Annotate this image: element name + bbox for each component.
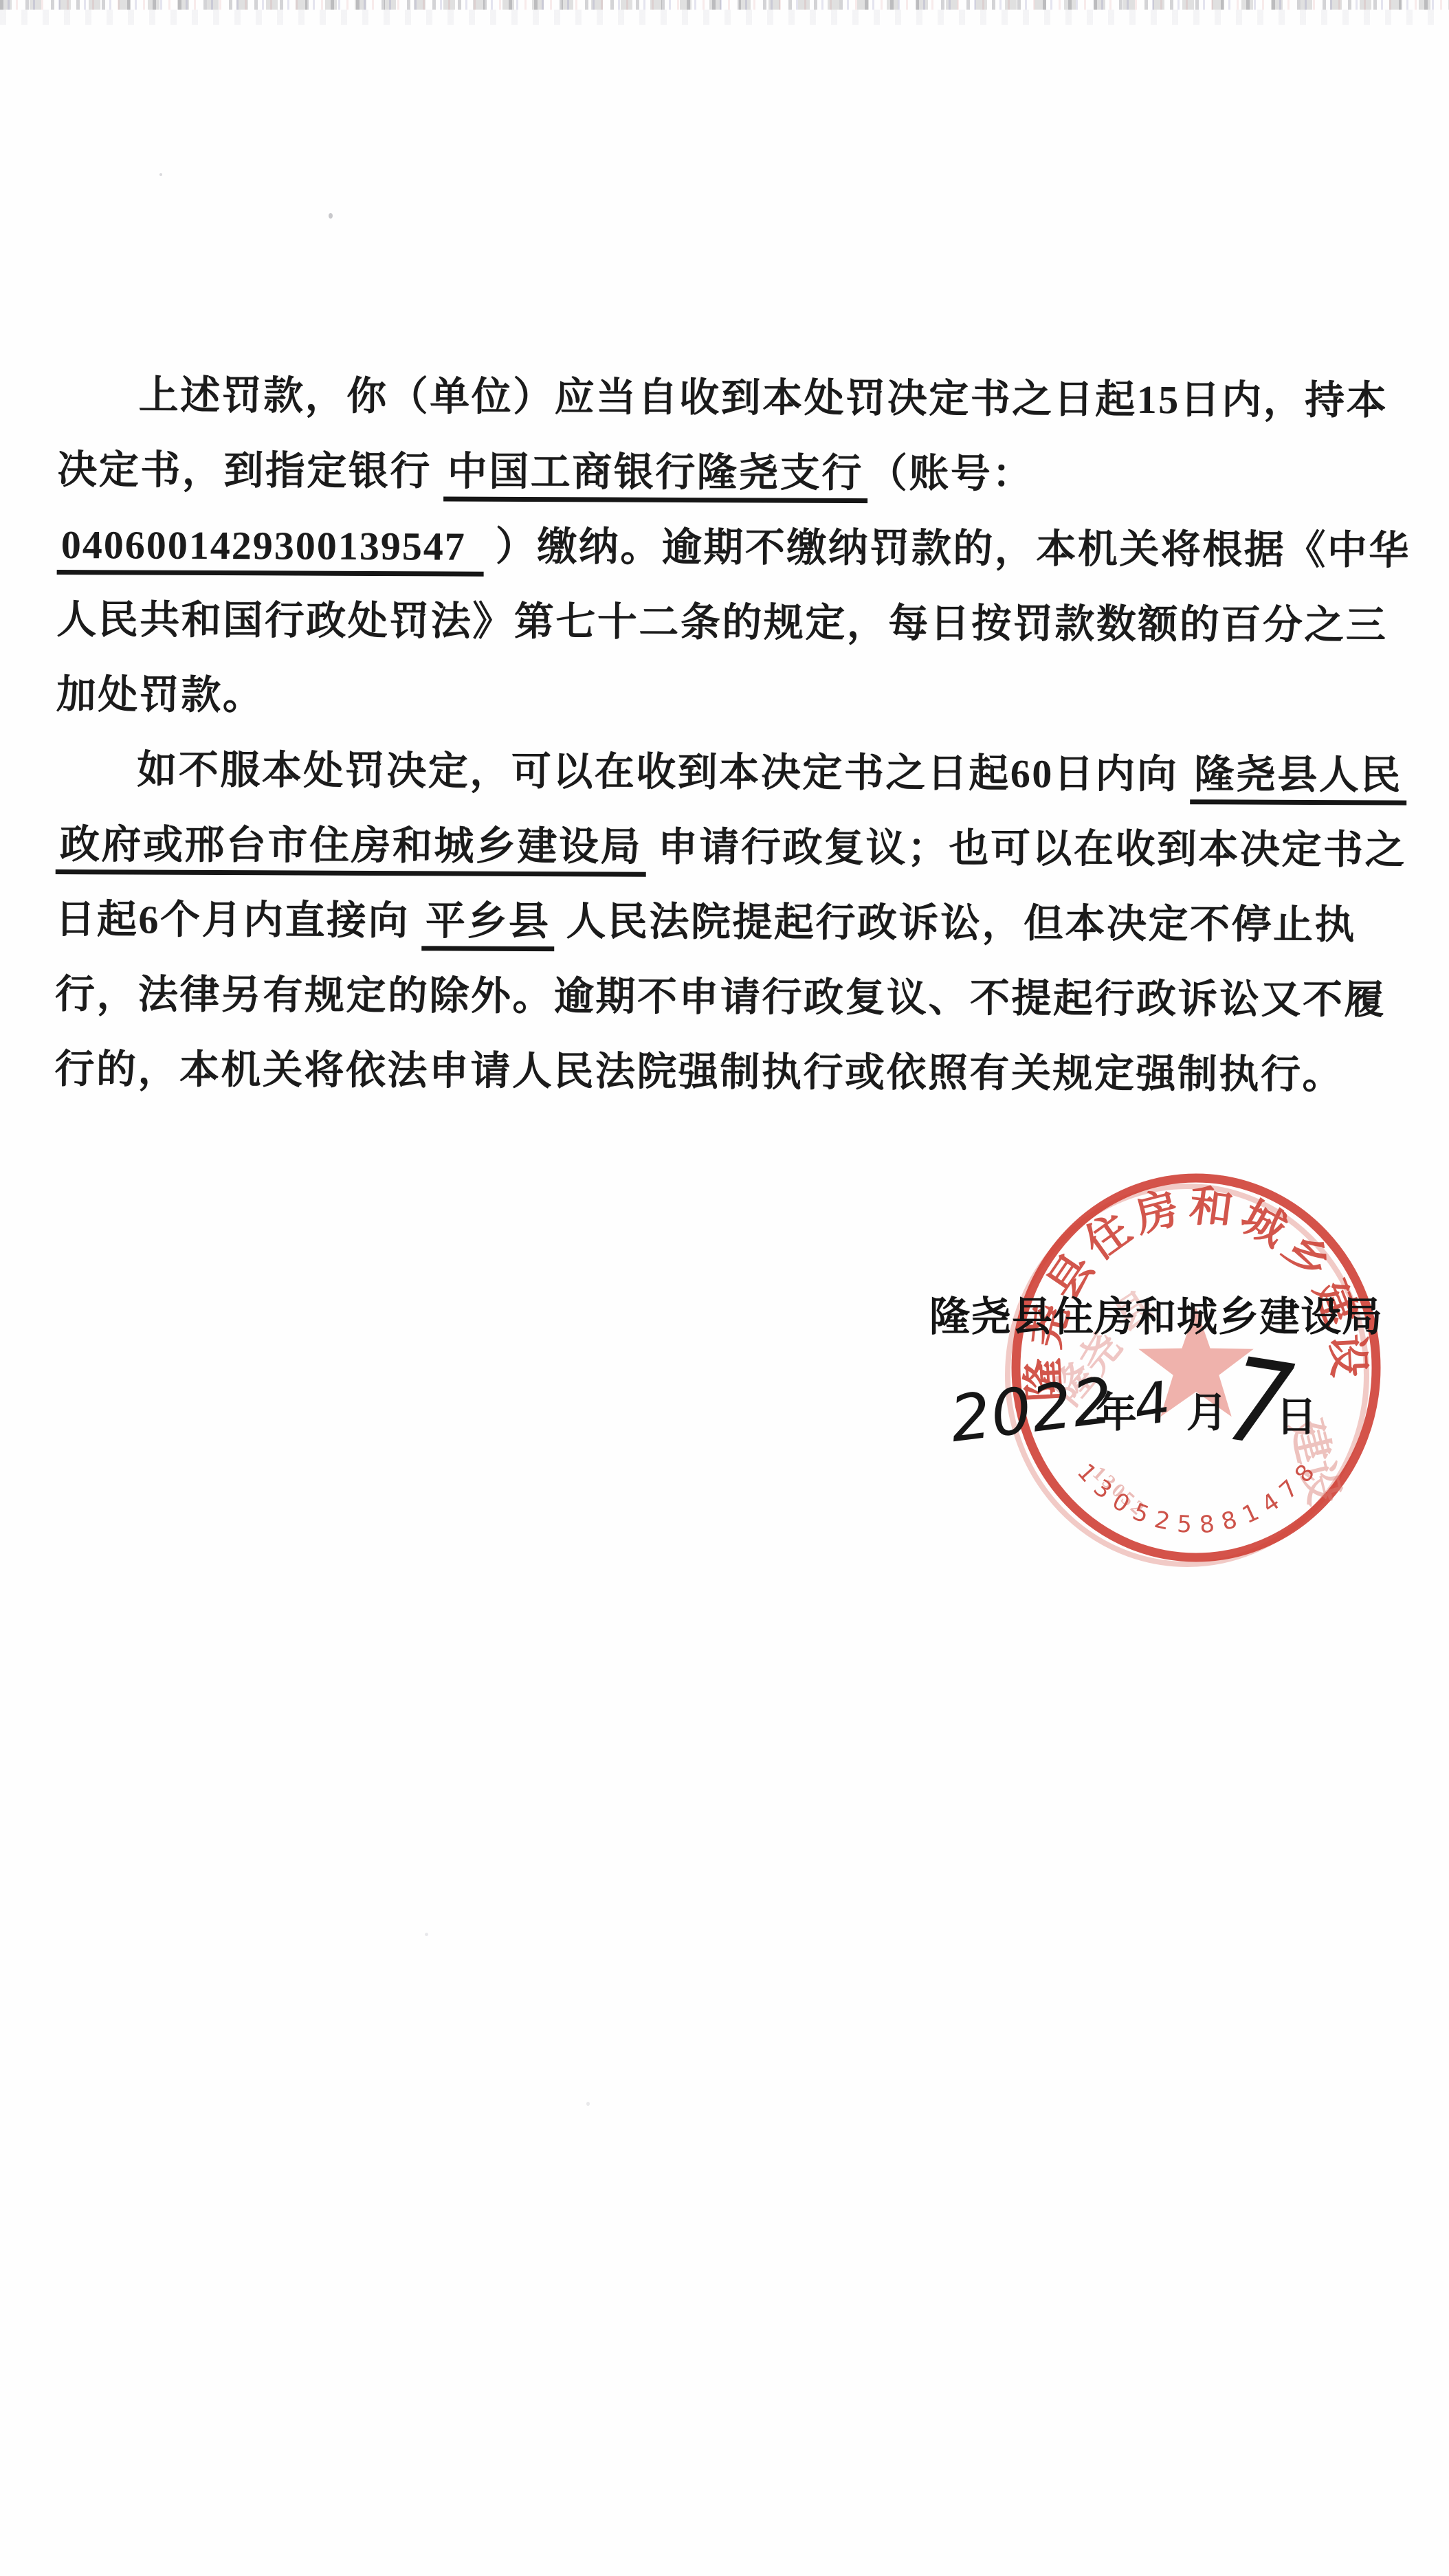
body-text-segment: （账号：: [867, 451, 1034, 496]
review-authority-underlined: 政府或邢台市住房和城乡建设局: [56, 822, 646, 877]
review-authority-underlined: 隆尧县人民: [1190, 752, 1406, 805]
body-line-3: 0406001429300139547 ）缴纳。逾期不缴纳罚款的，本机关将根据《…: [57, 507, 1410, 588]
body-text-segment: 行的，本机关将依法申请人民法院强制执行或依照有关规定强制执行。: [54, 1047, 1344, 1097]
official-seal: 隆尧 县 建设 13052 隆尧县住房和城乡建设局 1305258814789: [990, 1152, 1402, 1584]
body-line-8: 日起6个月内直接向 平乡县 人民法院提起行政诉讼，但本决定不停止执: [55, 882, 1408, 963]
body-text-segment: 行，法律另有规定的除外。逾期不申请行政复议、不提起行政诉讼又不履: [55, 972, 1386, 1022]
body-text-segment: 日起6个月内直接向: [55, 897, 421, 943]
body-line-2: 决定书，到指定银行 中国工商银行隆尧支行（账号：: [57, 432, 1410, 513]
dust-speck: [586, 2102, 590, 2106]
body-paragraphs: 上述罚款，你（单位）应当自收到本处罚决定书之日起15日内，持本 决定书，到指定银…: [54, 357, 1411, 1113]
body-text-segment: 加处罚款。: [56, 672, 265, 718]
bank-name-underlined: 中国工商银行隆尧支行: [443, 449, 867, 503]
year-label: 年: [1096, 1380, 1137, 1439]
month-label: 月: [1186, 1380, 1228, 1439]
body-text-segment: ）缴纳。逾期不缴纳罚款的，本机关将根据《中华: [484, 524, 1411, 573]
body-line-1: 上述罚款，你（单位）应当自收到本处罚决定书之日起15日内，持本: [58, 357, 1411, 438]
body-line-6: 如不服本处罚决定，可以在收到本决定书之日起60日内向 隆尧县人民: [56, 732, 1408, 813]
dust-speck: [329, 213, 333, 219]
dust-speck: [425, 1933, 428, 1936]
body-text-segment: 上述罚款，你（单位）应当自收到本处罚决定书之日起15日内，持本: [139, 373, 1389, 423]
body-line-5: 加处罚款。: [56, 657, 1409, 738]
body-text-segment: 申请行政复议；也可以在收到本决定书之: [646, 825, 1406, 873]
body-text-segment: 决定书，到指定银行: [57, 447, 443, 493]
body-text-segment: 人民共和国行政处罚法》第七十二条的规定，每日按罚款数额的百分之三: [56, 597, 1387, 647]
issuer-name: 隆尧县住房和城乡建设局: [929, 1284, 1383, 1342]
court-name-underlined: 平乡县: [421, 898, 555, 951]
body-line-7: 政府或邢台市住房和城乡建设局 申请行政复议；也可以在收到本决定书之: [56, 807, 1408, 888]
dust-speck: [159, 173, 162, 176]
body-line-4: 人民共和国行政处罚法》第七十二条的规定，每日按罚款数额的百分之三: [56, 582, 1409, 663]
account-number-underlined: 0406001429300139547: [57, 522, 484, 577]
body-text-segment: 如不服本处罚决定，可以在收到本决定书之日起60日内向: [137, 748, 1190, 797]
body-line-9: 行，法律另有规定的除外。逾期不申请行政复议、不提起行政诉讼又不履: [55, 957, 1408, 1038]
day-label: 日: [1276, 1384, 1317, 1443]
body-line-10: 行的，本机关将依法申请人民法院强制执行或依照有关规定强制执行。: [54, 1032, 1407, 1113]
scan-noise-fade: [0, 10, 1449, 25]
document-page: 上述罚款，你（单位）应当自收到本处罚决定书之日起15日内，持本 决定书，到指定银…: [0, 0, 1449, 2576]
scan-noise-band: [0, 0, 1449, 10]
body-text-segment: 人民法院提起行政诉讼，但本决定不停止执: [554, 899, 1356, 947]
